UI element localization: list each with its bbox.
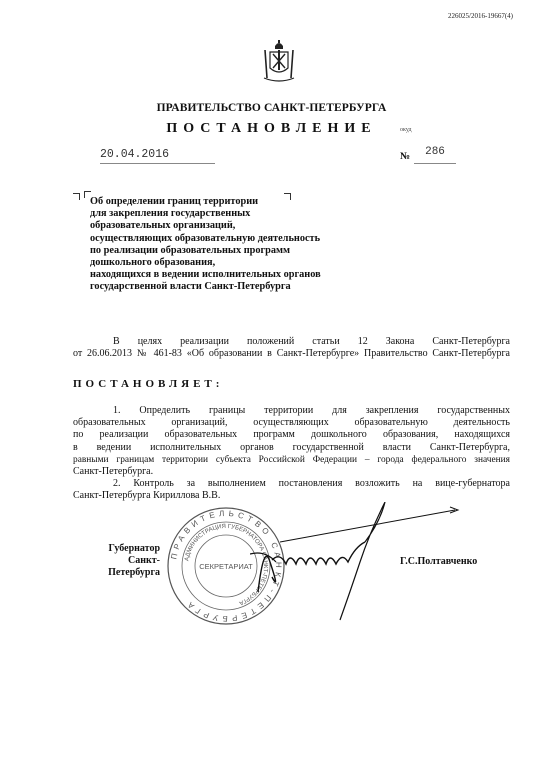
subject-line: образовательных организаций, — [90, 220, 370, 232]
subject-line: по реализации образовательных программ — [90, 245, 370, 257]
signatory-title: Губернатор Санкт-Петербурга — [80, 543, 160, 579]
signatory-title-line2: Санкт-Петербурга — [80, 555, 160, 579]
number-underline — [414, 163, 456, 164]
intro-line: В целях реализации положений статьи 12 З… — [73, 336, 510, 348]
intro-line: от 26.06.2013 № 461-83 «Об образовании в… — [73, 348, 510, 360]
item-1-line: образовательных организаций, осуществляю… — [73, 417, 510, 429]
okud-label: окуд — [400, 127, 412, 133]
document-number: 286 — [415, 146, 455, 158]
subject-line: Об определении границ территории — [90, 196, 370, 208]
government-title: ПРАВИТЕЛЬСТВО САНКТ-ПЕТЕРБУРГА — [0, 102, 543, 114]
subject-line: находящихся в ведении исполнительных орг… — [90, 269, 370, 281]
subject-line: дошкольного образования, — [90, 257, 370, 269]
item-1-line: по реализации образовательных программ д… — [73, 429, 510, 441]
item-1-line: Санкт-Петербурга. — [73, 466, 510, 478]
item-2-line: Санкт-Петербурга Кириллова В.В. — [73, 490, 510, 502]
item-2-line: 2. Контроль за выполнением постановления… — [73, 478, 510, 490]
item-1-line: равными границам территории субъекта Рос… — [73, 454, 510, 466]
item-1-line: 1. Определить границы территории для зак… — [73, 405, 510, 417]
corner-bracket-left-outer — [73, 193, 80, 200]
signatory-title-line1: Губернатор — [80, 543, 160, 555]
stamp-center-text: СЕКРЕТАРИАТ — [199, 562, 253, 571]
item-1-line: в ведении исполнительных органов государ… — [73, 442, 510, 454]
coat-of-arms-icon — [262, 40, 296, 82]
resolves-heading: ПОСТАНОВЛЯЕТ: — [73, 378, 223, 390]
registration-number: 226025/2016-19667(4) — [448, 12, 513, 20]
signatory-name: Г.С.Полтавченко — [400, 556, 477, 567]
number-sign: № — [400, 151, 410, 162]
subject-line: государственной власти Санкт-Петербурга — [90, 281, 370, 293]
document-type: ПОСТАНОВЛЕНИЕ — [0, 121, 543, 137]
subject-line: для закрепления государственных — [90, 208, 370, 220]
document-subject: Об определении границ территории для зак… — [90, 196, 370, 294]
subject-line: осуществляющих образовательную деятельно… — [90, 233, 370, 245]
document-date: 20.04.2016 — [100, 148, 169, 161]
intro-paragraph: В целях реализации положений статьи 12 З… — [73, 336, 510, 360]
resolution-items: 1. Определить границы территории для зак… — [73, 405, 510, 503]
date-underline — [100, 163, 215, 164]
